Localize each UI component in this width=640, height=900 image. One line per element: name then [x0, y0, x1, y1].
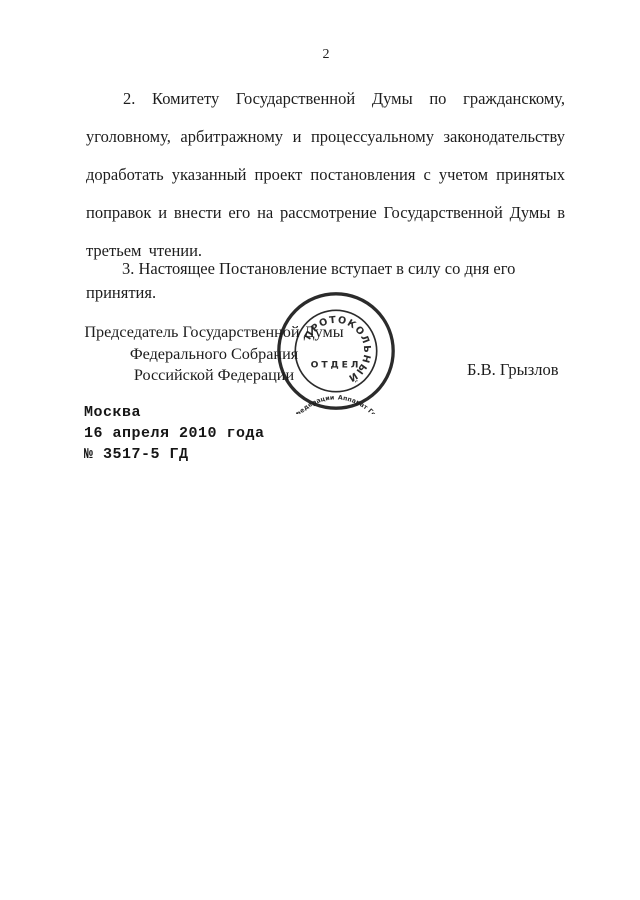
stamp-inner-text: ОТДЕЛ	[311, 359, 362, 370]
resolution-paragraph-2: 2. Комитету Государственной Думы по граж…	[86, 80, 565, 270]
paragraph-line: уголовному, арбитражному и процессуально…	[86, 118, 565, 156]
paragraph-line: доработать указанный проект постановлени…	[86, 156, 565, 194]
protocol-department-stamp: Аппарат Государственной Думы Федеральног…	[273, 288, 399, 414]
footer-city: Москва	[84, 402, 265, 423]
document-page: 2 2. Комитету Государственной Думы по гр…	[0, 0, 640, 900]
footer-number: № 3517-5 ГД	[84, 444, 265, 465]
paragraph-line: поправок и внести его на рассмотрение Го…	[86, 194, 565, 232]
page-number: 2	[0, 47, 640, 63]
paragraph-line: 2. Комитету Государственной Думы по граж…	[86, 80, 565, 118]
footer-date: 16 апреля 2010 года	[84, 423, 265, 444]
signature-name: Б.В. Грызлов	[467, 360, 558, 380]
footer-block: Москва 16 апреля 2010 года № 3517-5 ГД	[84, 402, 265, 465]
